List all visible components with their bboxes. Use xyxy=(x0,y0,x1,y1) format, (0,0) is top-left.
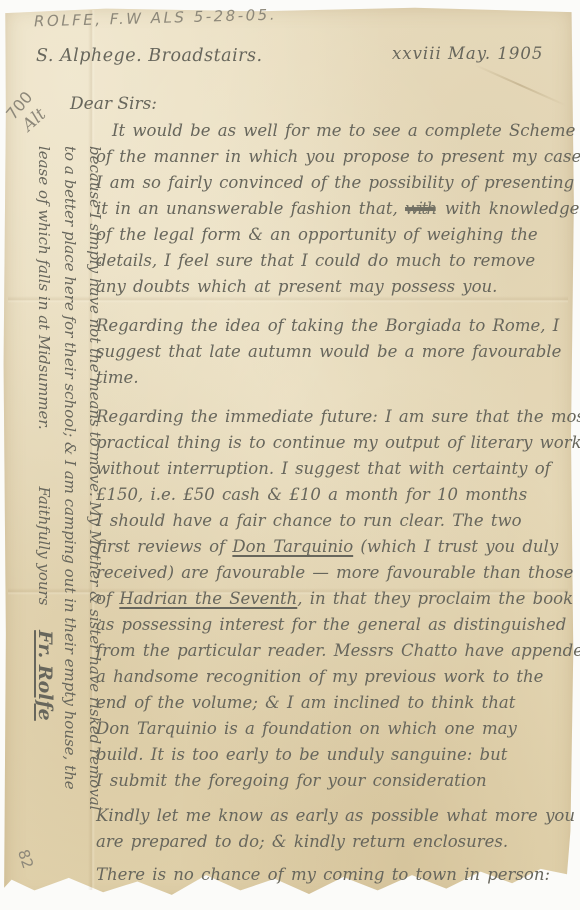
letter-line: as possessing interest for the general a… xyxy=(96,612,580,638)
text-run: first reviews of xyxy=(96,537,232,556)
underlined-title: Hadrian the Seventh xyxy=(119,589,297,608)
letter-line: any doubts which at present may possess … xyxy=(96,274,580,300)
margin-line: lease of which falls in at Midsummer. Fa… xyxy=(31,146,57,898)
text-run: (which I trust you duly xyxy=(353,537,558,556)
letter-line: time. xyxy=(96,365,580,391)
letter-line: I should have a fair chance to run clear… xyxy=(96,508,580,534)
paragraph: Regarding the idea of taking the Borgiad… xyxy=(96,313,580,391)
letter-date: xxviii May. 1905 xyxy=(392,44,543,63)
text-run: I should have a fair chance to run clear… xyxy=(96,511,522,530)
text-run: Regarding the idea of taking the Borgiad… xyxy=(96,316,559,335)
letter-line: are prepared to do; & kindly return encl… xyxy=(96,829,580,855)
letter-line: £150, i.e. £50 cash & £10 a month for 10… xyxy=(96,482,580,508)
text-run: received) are favourable — more favourab… xyxy=(96,563,573,582)
letter-line: Regarding the idea of taking the Borgiad… xyxy=(96,313,580,339)
letter-line: it in an unanswerable fashion that, with… xyxy=(96,196,580,222)
text-run: There is no chance of my coming to town … xyxy=(96,865,550,884)
letter-line: end of the volume; & I am inclined to th… xyxy=(96,690,580,716)
letter-line: first reviews of Don Tarquinio (which I … xyxy=(96,534,580,560)
text-run: are prepared to do; & kindly return encl… xyxy=(96,832,508,851)
letter-line: I submit the foregoing for your consider… xyxy=(96,768,580,794)
margin-note: because I simply have not the means to m… xyxy=(31,146,107,898)
letter-scan: ROLFE, F.W ALS 5-28-05. 700 Alt 82 S. Al… xyxy=(0,0,580,910)
struck-out-word: with xyxy=(405,199,436,218)
letter-line: details, I feel sure that I could do muc… xyxy=(96,248,580,274)
letter-line: of the legal form & an opportunity of we… xyxy=(96,222,580,248)
paragraph: There is no chance of my coming to town … xyxy=(96,862,580,888)
letter-closing: Faithfully yours xyxy=(35,486,53,605)
text-run: any doubts which at present may possess … xyxy=(96,277,497,296)
text-run: without interruption. I suggest that wit… xyxy=(96,459,551,478)
letter-line: of the manner in which you propose to pr… xyxy=(96,144,580,170)
text-run: suggest that late autumn would be a more… xyxy=(96,342,561,361)
paragraph: It would be as well for me to see a comp… xyxy=(96,118,580,300)
text-run: It would be as well for me to see a comp… xyxy=(112,121,575,140)
text-run: I am so fairly convinced of the possibil… xyxy=(96,173,574,192)
letter-line: Regarding the immediate future: I am sur… xyxy=(96,404,580,430)
text-run: of the manner in which you propose to pr… xyxy=(96,147,580,166)
letter-line: of Hadrian the Seventh, in that they pro… xyxy=(96,586,580,612)
margin-line-text: lease of which falls in at Midsummer. xyxy=(35,146,53,430)
letter-line: I am so fairly convinced of the possibil… xyxy=(96,170,580,196)
text-run: from the particular reader. Messrs Chatt… xyxy=(96,641,580,660)
paragraph: Kindly let me know as early as possible … xyxy=(96,803,580,855)
text-run: details, I feel sure that I could do muc… xyxy=(96,251,535,270)
margin-line: to a better place here for their school;… xyxy=(57,146,82,898)
letter-line: without interruption. I suggest that wit… xyxy=(96,456,580,482)
text-run: with knowledge xyxy=(438,199,580,218)
letter-line: suggest that late autumn would be a more… xyxy=(96,339,580,365)
text-run: a handsome recognition of my previous wo… xyxy=(96,667,543,686)
text-run: Don Tarquinio is a foundation on which o… xyxy=(96,719,517,738)
letter-body: It would be as well for me to see a comp… xyxy=(96,118,580,901)
text-run: build. It is too early to be unduly sang… xyxy=(96,745,507,764)
letter-line: a handsome recognition of my previous wo… xyxy=(96,664,580,690)
letter-line: practical thing is to continue my output… xyxy=(96,430,580,456)
letter-address: S. Alphege. Broadstairs. xyxy=(36,46,263,66)
text-run: £150, i.e. £50 cash & £10 a month for 10… xyxy=(96,485,527,504)
letter-salutation: Dear Sirs: xyxy=(70,94,157,114)
text-run: it in an unanswerable fashion that, xyxy=(96,199,405,218)
text-run: I submit the foregoing for your consider… xyxy=(96,771,487,790)
margin-line: because I simply have not the means to m… xyxy=(82,146,107,898)
text-run: as possessing interest for the general a… xyxy=(96,615,566,634)
text-run: of the legal form & an opportunity of we… xyxy=(96,225,538,244)
text-run: Kindly let me know as early as possible … xyxy=(96,806,575,825)
letter-line: received) are favourable — more favourab… xyxy=(96,560,580,586)
letter-line: Kindly let me know as early as possible … xyxy=(96,803,580,829)
text-run: Regarding the immediate future: I am sur… xyxy=(96,407,580,426)
letter-line: There is no chance of my coming to town … xyxy=(96,862,580,888)
letter-line: from the particular reader. Messrs Chatt… xyxy=(96,638,580,664)
text-run: , in that they proclaim the book xyxy=(297,589,573,608)
underlined-title: Don Tarquinio xyxy=(232,537,353,556)
paragraph: Regarding the immediate future: I am sur… xyxy=(96,404,580,794)
text-run: practical thing is to continue my output… xyxy=(96,433,580,452)
text-run: end of the volume; & I am inclined to th… xyxy=(96,693,515,712)
signature: Fr. Rolfe xyxy=(34,630,56,721)
letter-line: It would be as well for me to see a comp… xyxy=(96,118,580,144)
letter-line: build. It is too early to be unduly sang… xyxy=(96,742,580,768)
letter-line: Don Tarquinio is a foundation on which o… xyxy=(96,716,580,742)
